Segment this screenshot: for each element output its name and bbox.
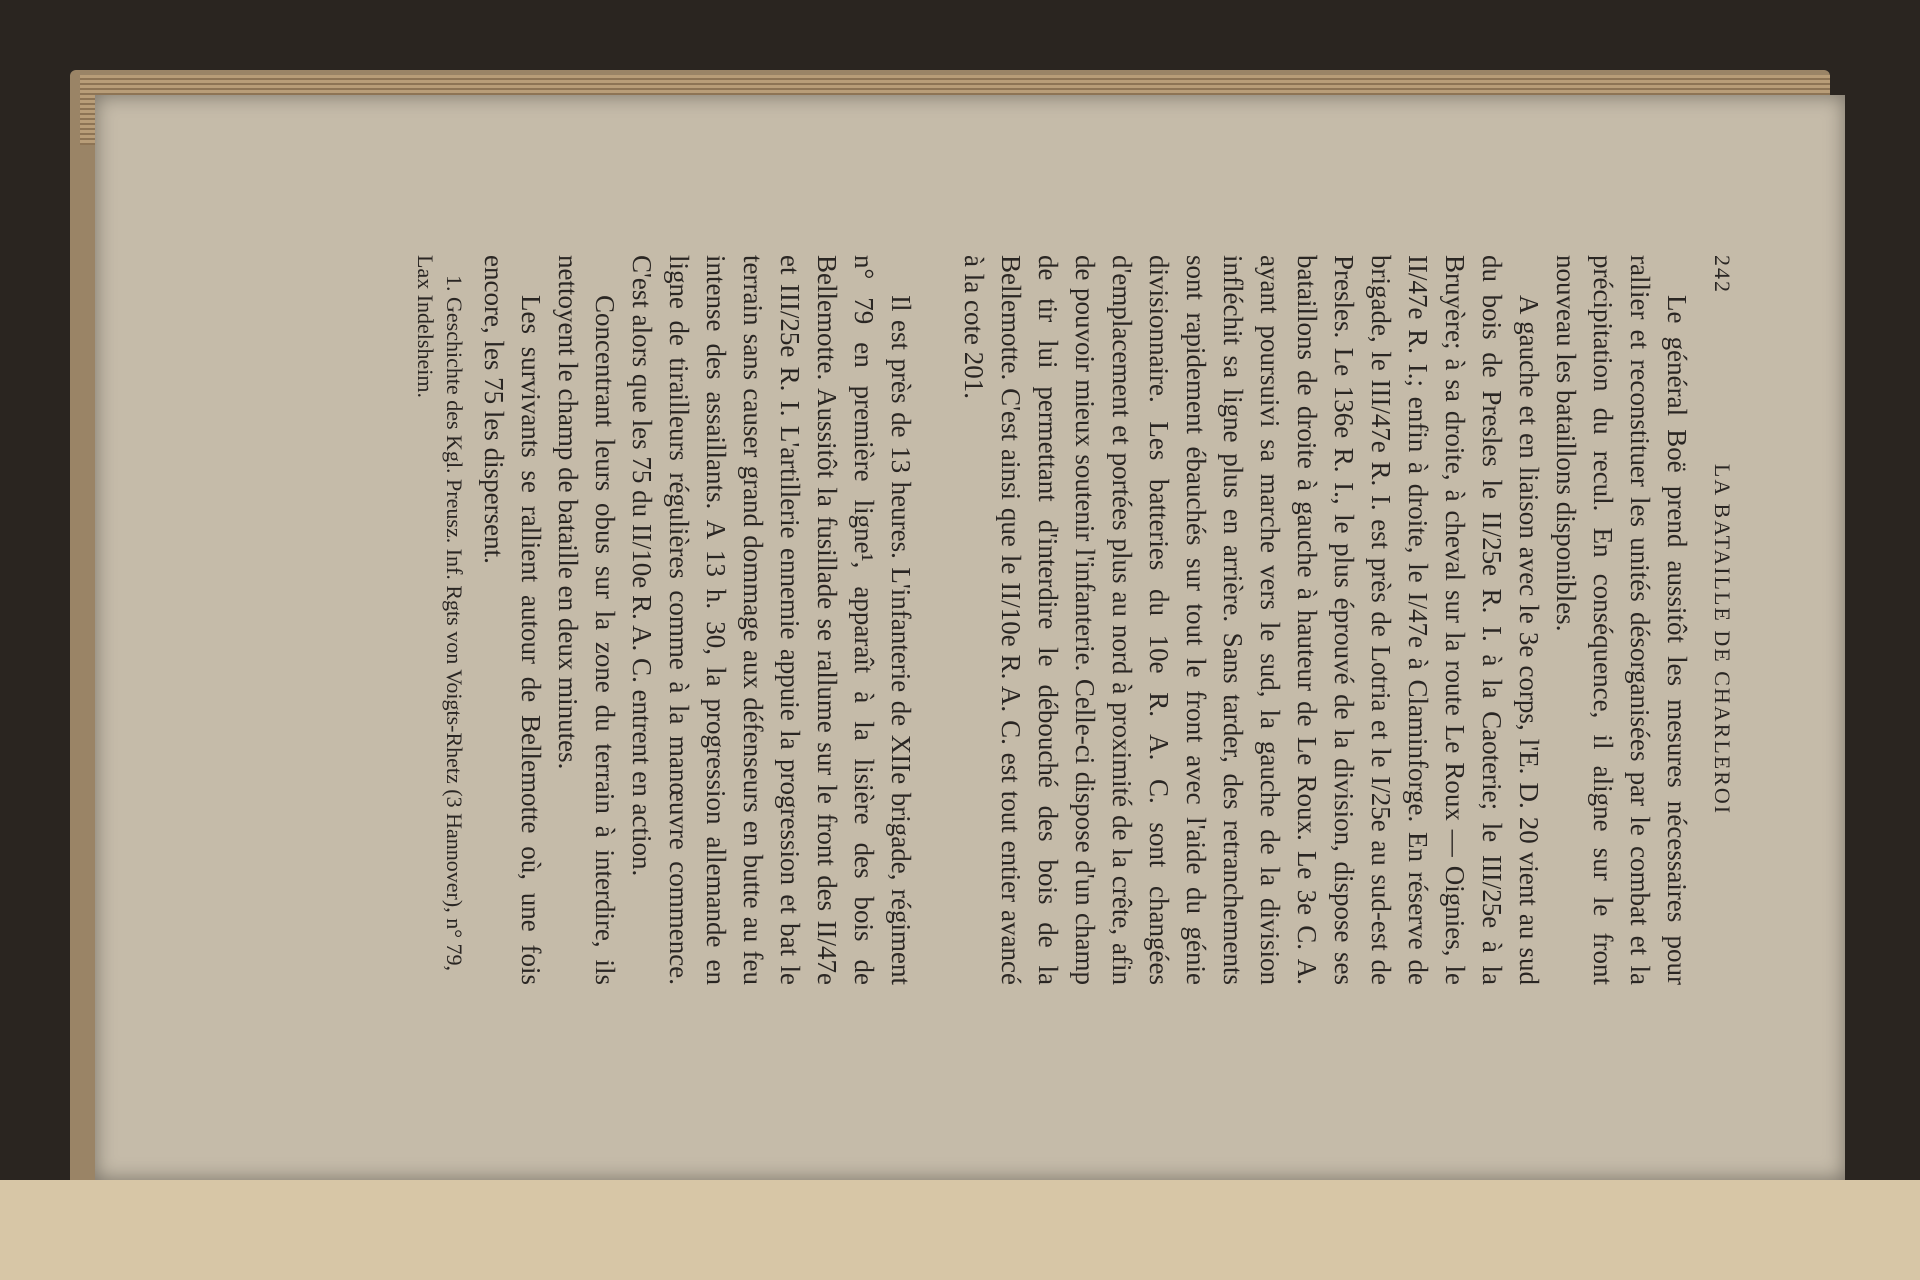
paragraph: A gauche et en liaison avec le 3e corps,… [955, 255, 1547, 985]
paragraph: Les survivants se rallient autour de Bel… [475, 255, 549, 985]
paragraph: Le général Boë prend aussitôt les mesure… [1547, 255, 1695, 985]
page-number: 242 [1709, 255, 1735, 294]
page-text: 242 LA BATAILLE DE CHARLEROI Le général … [315, 255, 1735, 985]
paragraph: Il est près de 13 heures. L'infanterie d… [623, 255, 919, 985]
running-title: LA BATAILLE DE CHARLEROI [1709, 464, 1735, 815]
facing-page [0, 1180, 1920, 1280]
footnote: 1. Geschichte des Kgl. Preusz. Inf. Rgts… [411, 255, 469, 985]
paragraph: Concentrant leurs obus sur la zone du te… [549, 255, 623, 985]
running-header: 242 LA BATAILLE DE CHARLEROI [1709, 255, 1735, 985]
